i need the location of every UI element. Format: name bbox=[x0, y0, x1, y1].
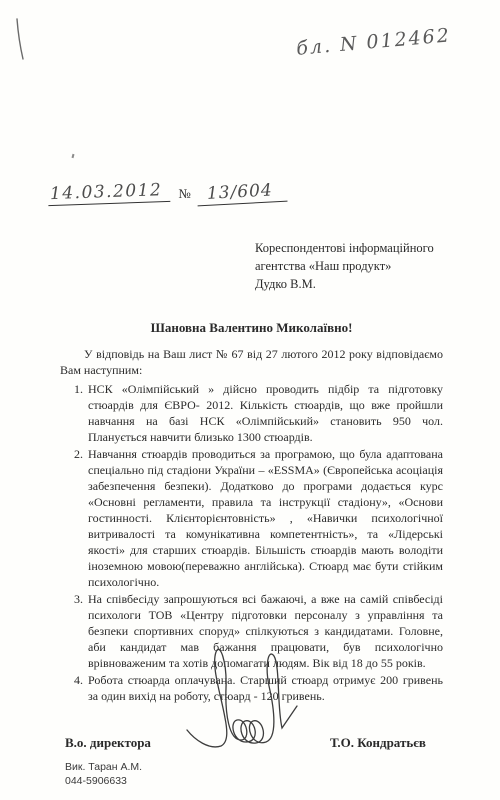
letter-item: Робота стюарда оплачувана. Старший стюар… bbox=[86, 672, 443, 704]
handwritten-date: 14.03.2012 bbox=[48, 180, 171, 206]
letter-item: Навчання стюардів проводиться за програм… bbox=[86, 446, 443, 590]
scanned-letter-page: бл. N 012462 14.03.2012 № 13/604 Кореспо… bbox=[0, 0, 500, 800]
numbered-list: НСК «Олімпійський » дійсно проводить під… bbox=[60, 381, 443, 704]
intro-paragraph: У відповідь на Ваш лист № 67 від 27 люто… bbox=[60, 346, 443, 378]
ink-speck bbox=[72, 154, 75, 158]
executor-phone: 044-5906633 bbox=[65, 774, 142, 788]
letter-body: Шановна Валентино Миколаївно! У відповід… bbox=[60, 320, 443, 705]
handwritten-registration-number: бл. N 012462 bbox=[295, 22, 476, 60]
letter-item: НСК «Олімпійський » дійсно проводить під… bbox=[86, 381, 443, 445]
date-number-line: 14.03.2012 № 13/604 bbox=[48, 176, 287, 204]
signoff-position: В.о. директора bbox=[65, 735, 151, 751]
executor-note: Вик. Таран А.М. 044-5906633 bbox=[65, 760, 142, 788]
recipient-line: Кореспондентові інформаційного bbox=[255, 239, 445, 257]
recipient-line: агентства «Наш продукт» bbox=[255, 257, 445, 275]
number-sign-label: № bbox=[178, 186, 190, 202]
letter-item: На співбесіду запрошуються всі бажаючі, … bbox=[86, 591, 443, 671]
signoff-name: Т.О. Кондратьєв bbox=[330, 735, 426, 751]
handwritten-outgoing-number: 13/604 bbox=[196, 180, 287, 207]
recipient-line: Дудко В.М. bbox=[255, 275, 445, 293]
salutation: Шановна Валентино Миколаївно! bbox=[60, 320, 443, 336]
pen-mark bbox=[8, 14, 28, 64]
executor-name: Вик. Таран А.М. bbox=[65, 760, 142, 774]
recipient-block: Кореспондентові інформаційного агентства… bbox=[255, 239, 445, 293]
